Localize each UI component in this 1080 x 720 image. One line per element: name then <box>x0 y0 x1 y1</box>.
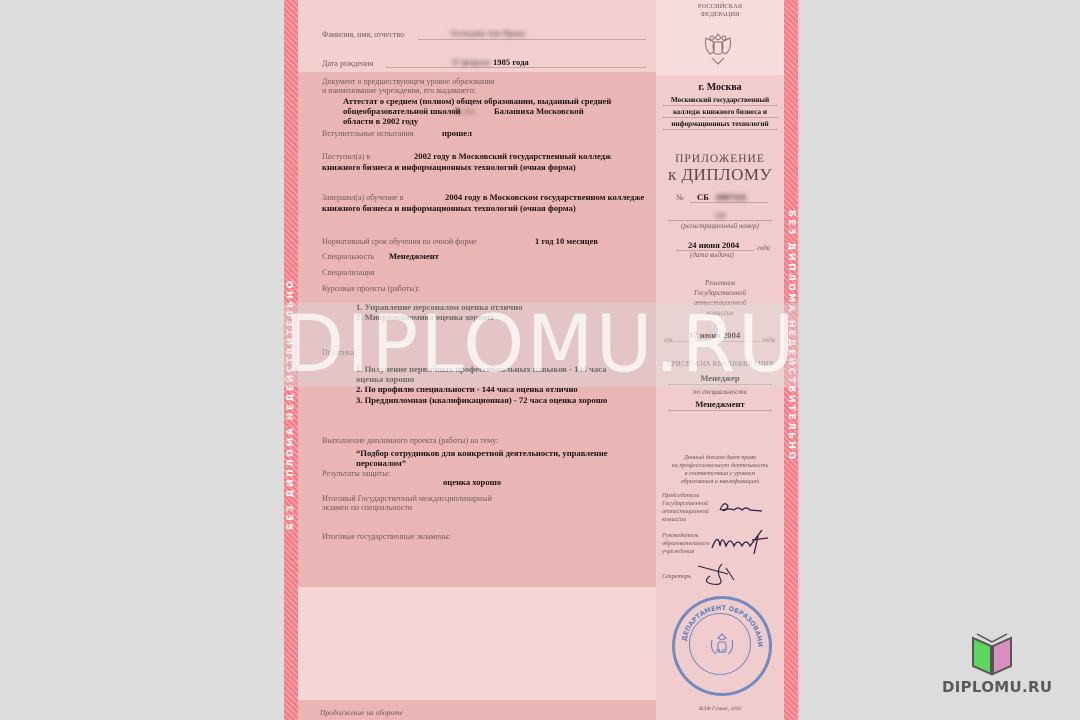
city: г. Москва <box>656 82 784 94</box>
dob-label: Дата рождения <box>322 59 373 69</box>
prev-doc-line-2b: Балашиха Московской <box>494 106 584 117</box>
specialty-value: Менеджмент <box>389 251 439 262</box>
issue-year-suffix: года <box>757 244 770 253</box>
specialty-underline <box>668 410 772 411</box>
dob-value: 1985 года <box>493 57 529 68</box>
secretary-signature-icon <box>692 560 742 588</box>
interdisc-exam-label-2: экзамен по специальности <box>322 503 412 513</box>
fio-line <box>418 39 646 40</box>
completed-line-2: книжного бизнеса и информационных технол… <box>322 203 576 214</box>
duration-label: Нормативный срок обучения по очной форме <box>322 237 477 247</box>
svg-text:ДЕПАРТАМЕНТ ОБРАЗОВАНИЯ ГОРОДА: ДЕПАРТАМЕНТ ОБРАЗОВАНИЯ ГОРОДА МОСКВЫ <box>672 596 764 647</box>
specialty-label: Специальность <box>322 252 374 262</box>
coat-of-arms-icon <box>698 28 738 68</box>
country-line-2: ФЕДЕРАЦИЯ <box>656 11 784 19</box>
chair-signature-icon <box>716 498 766 518</box>
prev-doc-label-2: и наименование учреждения, его выдавшего… <box>322 86 476 96</box>
institution-underline-1 <box>662 105 778 106</box>
watermark-text: DIPLOMU.RU <box>247 303 834 387</box>
book-logo-icon <box>940 630 1070 710</box>
prev-doc-line-3: области в 2002 году <box>343 116 418 127</box>
registration-number-label: (регистрационный номер) <box>656 222 784 231</box>
secretary-label: Секретарь <box>662 573 691 581</box>
enrolled-line-2: книжного бизнеса и информационных технол… <box>322 162 576 173</box>
issue-date-label: (дата выдачи) <box>690 251 734 260</box>
rights-line-2: на профессиональную деятельность <box>656 462 784 470</box>
specialization-label: Специализация <box>322 268 375 278</box>
fio-label: Фамилия, имя, отчество <box>322 30 404 40</box>
decision-line-1: Решением <box>656 279 784 288</box>
title-to-diploma: к ДИПЛОМУ <box>656 165 784 184</box>
bottom-band <box>298 587 656 700</box>
thesis-label: Выполнение дипломного проекта (работы) н… <box>322 436 498 446</box>
final-exams-label: Итоговые государственные экзамены: <box>322 532 451 542</box>
institution-line-1: Московский государственный <box>656 96 784 105</box>
head-line-2: образовательного <box>662 540 710 548</box>
chair-line-2: Государственной <box>662 500 708 508</box>
chair-line-3: аттестационной <box>662 508 709 516</box>
rights-line-3: в соответствии с уровнем <box>656 470 784 478</box>
seal-emblem-icon: ДЕПАРТАМЕНТ ОБРАЗОВАНИЯ ГОРОДА МОСКВЫ М.… <box>672 596 772 696</box>
rights-line-4: образования и квалификацией <box>656 478 784 486</box>
institution-underline-2 <box>662 117 778 118</box>
institution-line-3: информационных технологий <box>656 120 784 129</box>
registration-underline <box>668 220 772 221</box>
prev-doc-school-number: № 3 г. <box>454 106 476 117</box>
number-underline <box>690 202 768 203</box>
enrolled-line-1: 2002 году в Московский государственный к… <box>414 151 611 162</box>
printer-note: ЖЗФ Гознак, 2002 <box>656 705 784 714</box>
country-line-1: РОССИЙСКАЯ <box>656 3 784 11</box>
completed-label: Завершил(а) обучение в <box>322 193 403 203</box>
coursework-label: Курсовые проекты (работы): <box>322 284 420 294</box>
svg-text:М.П.: М.П. <box>716 649 728 655</box>
defense-label: Результаты защиты: <box>322 469 390 479</box>
rights-line-1: Данный диплом дает право <box>656 454 784 462</box>
dob-value-hidden: 07 февраля <box>452 57 490 68</box>
fio-value: Усольцева Анн Ирина <box>450 28 525 39</box>
decision-line-2: Государственной <box>656 289 784 298</box>
chair-line-4: комиссии <box>662 516 686 524</box>
head-line-1: Руководитель <box>662 532 699 540</box>
entrance-label: Вступительные испытания <box>322 129 414 139</box>
number-sign: № <box>676 193 684 203</box>
practice-item: 3. Преддипломная (квалификационная) - 72… <box>356 395 607 406</box>
duration-value: 1 год 10 месяцев <box>535 236 598 247</box>
completed-line-1: 2004 году в Московском государственном к… <box>445 192 644 203</box>
continued-label: Продолжение на обороте <box>320 708 403 717</box>
head-signature-icon <box>708 526 772 556</box>
head-line-3: учреждения <box>662 548 694 556</box>
right-specialty-value: Менеджмент <box>656 399 784 410</box>
enrolled-label: Поступил(а) в <box>322 152 370 162</box>
defense-value: оценка хорошо <box>443 477 501 488</box>
institution-line-2: колледж книжного бизнеса и <box>656 108 784 117</box>
institution-underline-3 <box>662 129 778 130</box>
thesis-line-2: персоналом” <box>356 458 406 469</box>
site-logo-text[interactable]: DIPLOMU.RU <box>942 678 1052 696</box>
chair-line-1: Председатель <box>662 492 699 500</box>
entrance-value: прошел <box>442 128 472 139</box>
